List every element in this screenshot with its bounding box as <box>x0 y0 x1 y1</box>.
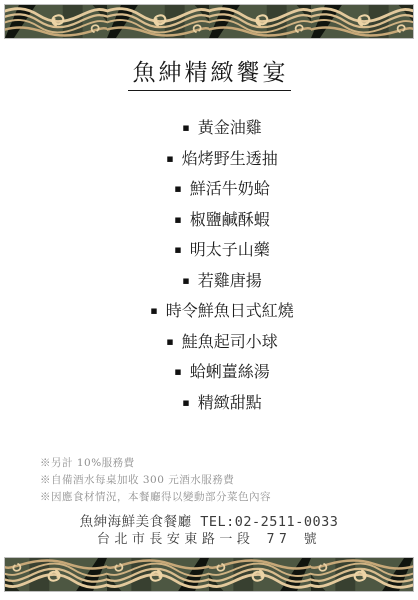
bullet-icon: ▪ <box>174 174 181 205</box>
menu-item-label: 黃金油雞 <box>198 118 262 137</box>
bullet-icon: ▪ <box>182 266 189 297</box>
menu-item-label: 若雞唐揚 <box>198 271 262 290</box>
page-title-text: 魚紳精緻饗宴 <box>128 54 291 91</box>
menu-item: ▪蛤蜊薑絲湯 <box>26 357 418 388</box>
menu-item-label: 時令鮮魚日式紅燒 <box>166 301 294 320</box>
menu-item-label: 焰烤野生透抽 <box>182 149 278 168</box>
bullet-icon: ▪ <box>182 388 189 419</box>
page-title: 魚紳精緻饗宴 <box>0 54 418 91</box>
bullet-icon: ▪ <box>182 113 189 144</box>
menu-item: ▪精緻甜點 <box>26 388 418 419</box>
menu-item-label: 明太子山藥 <box>190 240 270 259</box>
bullet-icon: ▪ <box>166 144 173 175</box>
restaurant-name-phone: 魚紳海鮮美食餐廳 TEL:02-2511-0033 <box>0 513 418 531</box>
cloud-wave-pattern-icon <box>5 558 413 591</box>
menu-page: 魚紳精緻饗宴 ▪黃金油雞 ▪焰烤野生透抽 ▪鮮活牛奶蛤 ▪椒鹽鹹酥蝦 ▪明太子山… <box>0 0 418 600</box>
menu-item: ▪鮮活牛奶蛤 <box>26 174 418 205</box>
decorative-border-top <box>4 4 414 39</box>
decorative-border-bottom <box>4 557 414 592</box>
menu-item: ▪椒鹽鹹酥蝦 <box>26 205 418 236</box>
menu-item-label: 椒鹽鹹酥蝦 <box>190 210 270 229</box>
bullet-icon: ▪ <box>174 357 181 388</box>
service-note: ※另計 10%服務費 <box>40 455 271 472</box>
bullet-icon: ▪ <box>174 205 181 236</box>
menu-item: ▪焰烤野生透抽 <box>26 144 418 175</box>
menu-item-label: 鮭魚起司小球 <box>182 332 278 351</box>
restaurant-address: 台北市長安東路一段 77 號 <box>0 531 418 548</box>
menu-item: ▪黃金油雞 <box>26 113 418 144</box>
menu-item: ▪鮭魚起司小球 <box>26 327 418 358</box>
menu-item-label: 蛤蜊薑絲湯 <box>190 362 270 381</box>
service-notes: ※另計 10%服務費 ※自備酒水每桌加收 300 元酒水服務費 ※因應食材情況，… <box>40 455 271 506</box>
cloud-wave-pattern-icon <box>5 5 413 38</box>
bullet-icon: ▪ <box>150 296 157 327</box>
menu-item-label: 精緻甜點 <box>198 393 262 412</box>
menu-list: ▪黃金油雞 ▪焰烤野生透抽 ▪鮮活牛奶蛤 ▪椒鹽鹹酥蝦 ▪明太子山藥 ▪若雞唐揚… <box>26 113 418 418</box>
service-note: ※自備酒水每桌加收 300 元酒水服務費 <box>40 472 271 489</box>
bullet-icon: ▪ <box>166 327 173 358</box>
bullet-icon: ▪ <box>174 235 181 266</box>
menu-item: ▪時令鮮魚日式紅燒 <box>26 296 418 327</box>
service-note: ※因應食材情況，本餐廳得以變動部分菜色內容 <box>40 489 271 506</box>
menu-item: ▪明太子山藥 <box>26 235 418 266</box>
menu-item-label: 鮮活牛奶蛤 <box>190 179 270 198</box>
restaurant-info: 魚紳海鮮美食餐廳 TEL:02-2511-0033 台北市長安東路一段 77 號 <box>0 513 418 548</box>
menu-item: ▪若雞唐揚 <box>26 266 418 297</box>
